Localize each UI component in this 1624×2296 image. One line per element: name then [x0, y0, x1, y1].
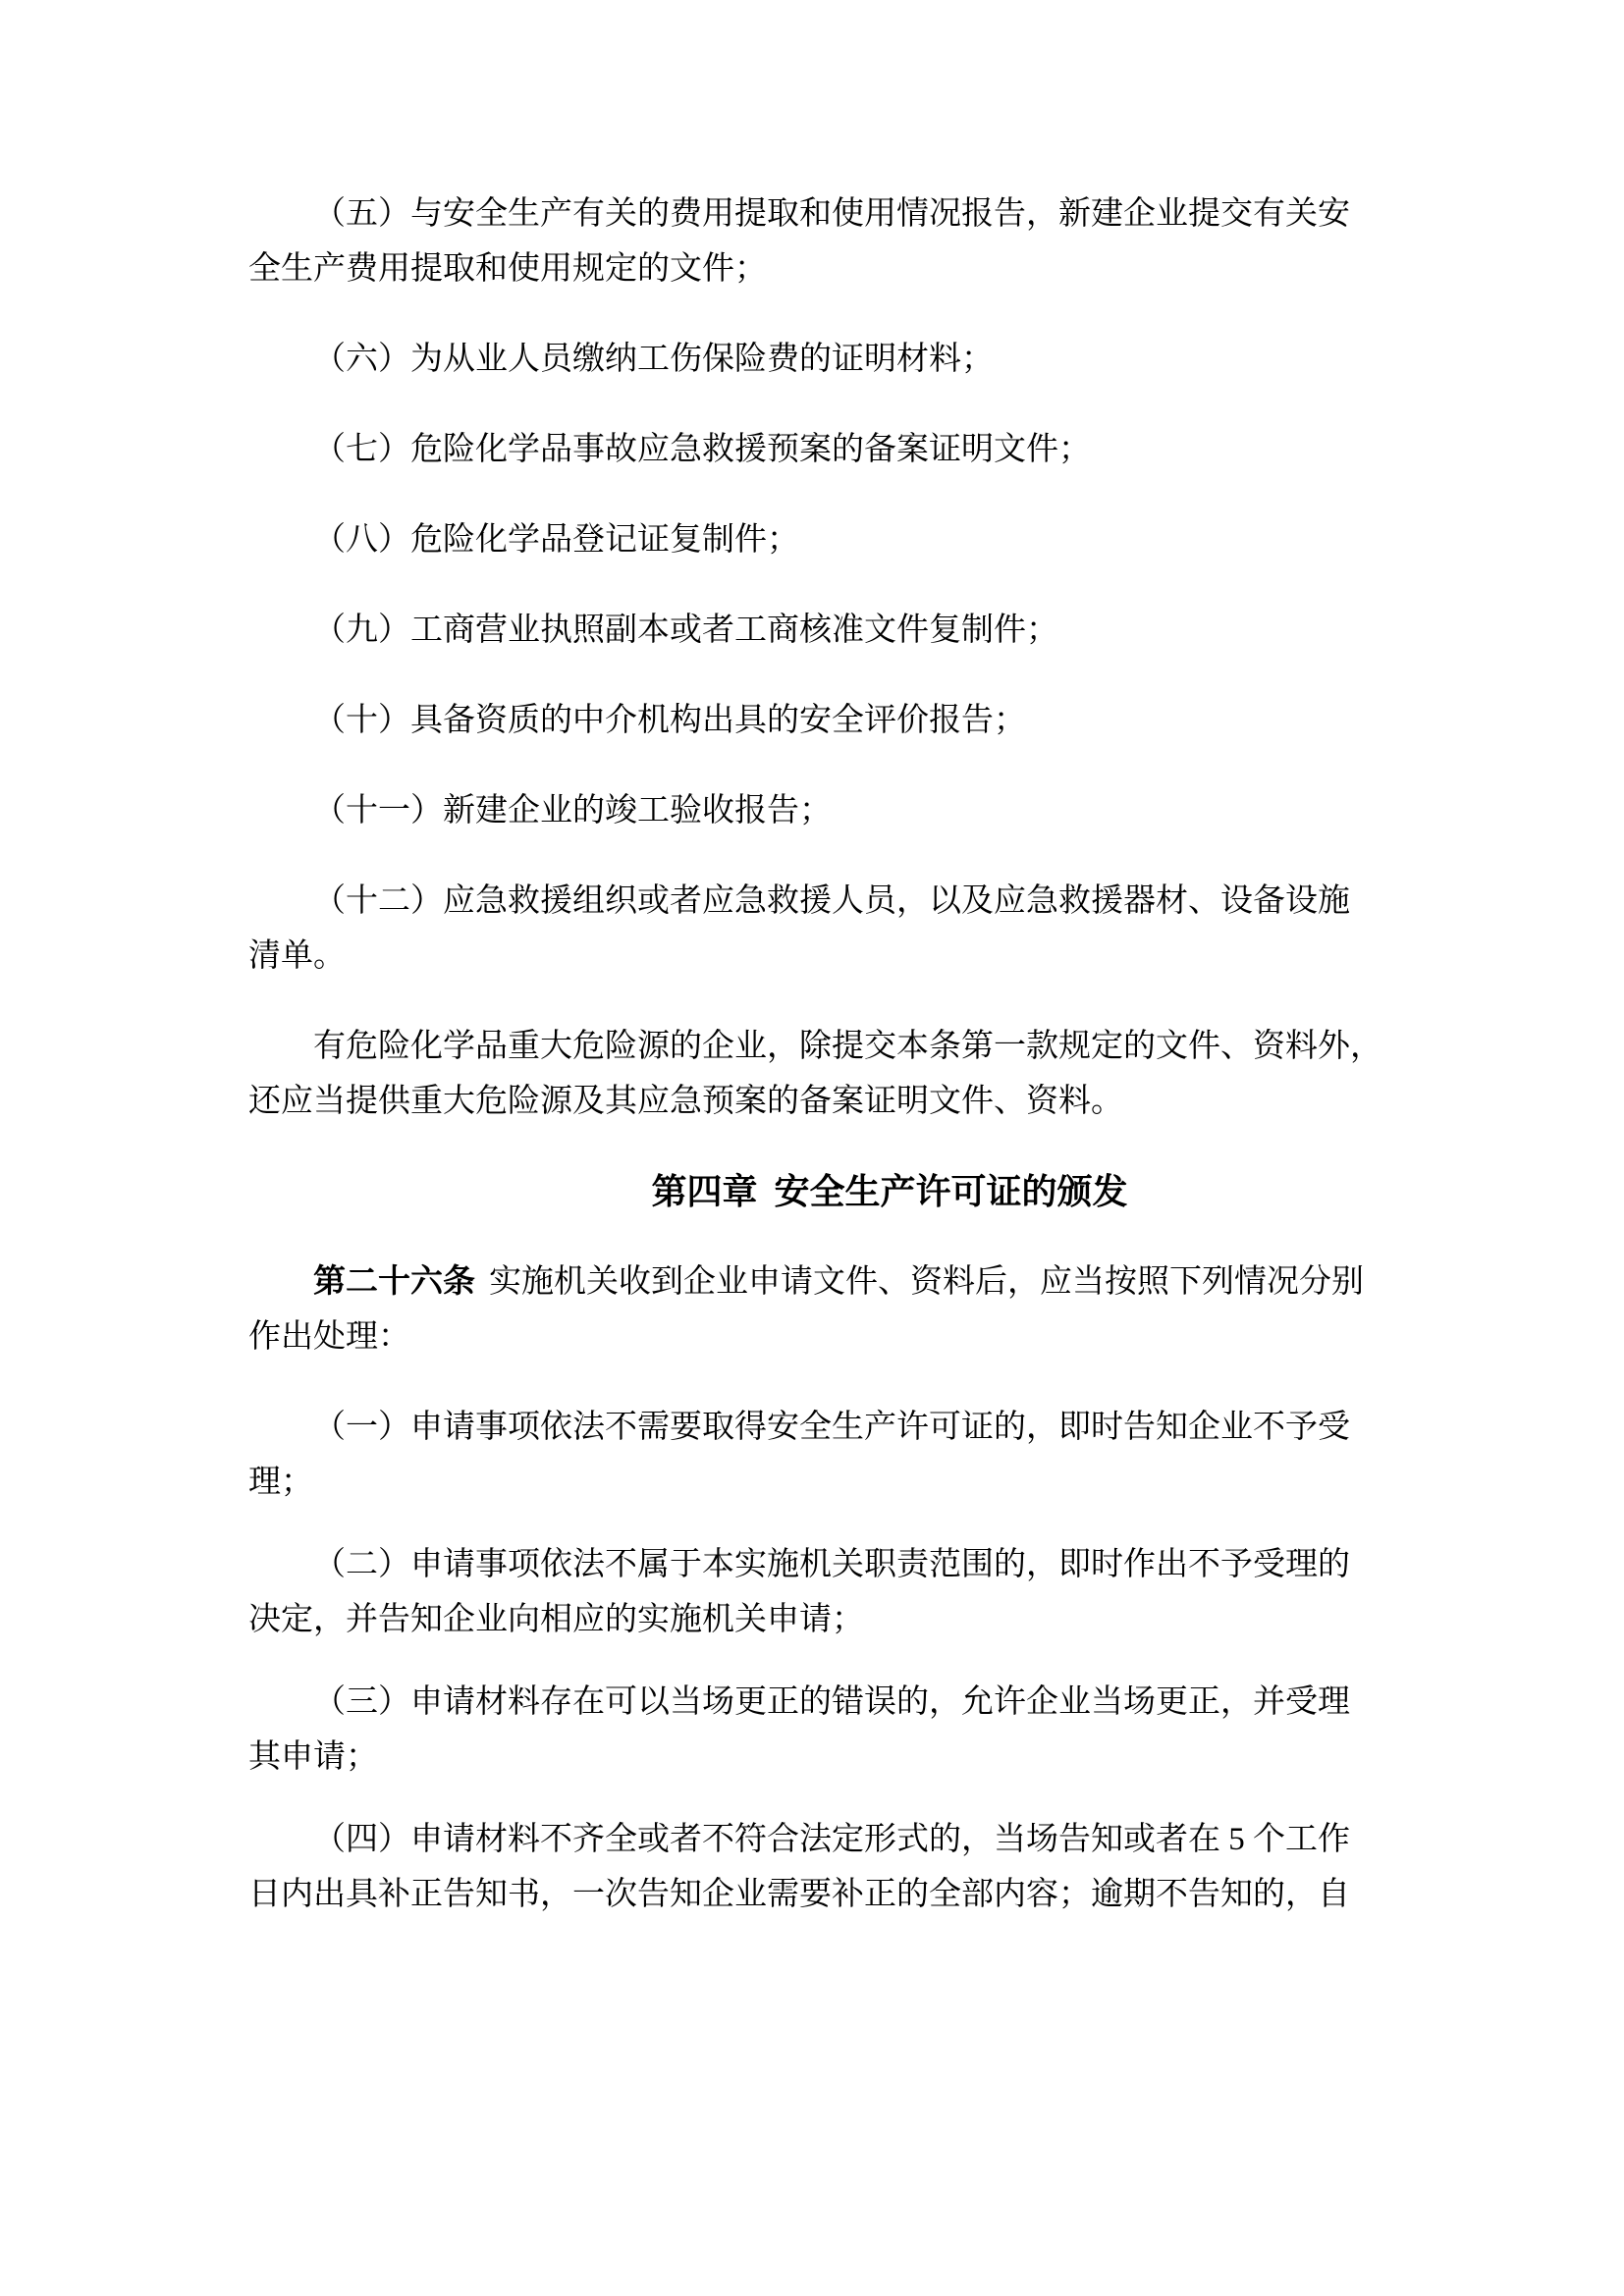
clause-paragraph-2: （二）申请事项依法不属于本实施机关职责范围的，即时作出不予受理的 决定，并告知企…: [248, 1537, 1466, 1647]
article-26-paragraph: 第二十六条实施机关收到企业申请文件、资料后，应当按照下列情况分别 作出处理：: [248, 1255, 1466, 1364]
body-paragraph-item-5: （五）与安全生产有关的费用提取和使用情况报告，新建企业提交有关安 全生产费用提取…: [248, 187, 1466, 296]
body-paragraph-item-9: （九）工商营业执照副本或者工商核准文件复制件；: [248, 603, 1466, 658]
clause-paragraph-4: （四）申请材料不齐全或者不符合法定形式的，当场告知或者在 5 个工作 日内出具补…: [248, 1812, 1466, 1922]
body-paragraph-major-hazard: 有危险化学品重大危险源的企业，除提交本条第一款规定的文件、资料外， 还应当提供重…: [248, 1019, 1466, 1129]
body-paragraph-item-10: （十）具备资质的中介机构出具的安全评价报告；: [248, 693, 1466, 748]
body-paragraph-item-8: （八）危险化学品登记证复制件；: [248, 512, 1466, 567]
clause-paragraph-1: （一）申请事项依法不需要取得安全生产许可证的，即时告知企业不予受 理；: [248, 1400, 1466, 1510]
body-paragraph-item-6: （六）为从业人员缴纳工伤保险费的证明材料；: [248, 332, 1466, 387]
body-paragraph-item-12: （十二）应急救援组织或者应急救援人员，以及应急救援器材、设备设施 清单。: [248, 874, 1466, 984]
body-paragraph-item-11: （十一）新建企业的竣工验收报告；: [248, 783, 1466, 838]
chapter-heading: 第四章 安全生产许可证的颁发: [248, 1164, 1466, 1219]
body-paragraph-item-7: （七）危险化学品事故应急救援预案的备案证明文件；: [248, 422, 1466, 477]
clause-paragraph-3: （三）申请材料存在可以当场更正的错误的，允许企业当场更正，并受理 其申请；: [248, 1675, 1466, 1785]
document-page: （五）与安全生产有关的费用提取和使用情况报告，新建企业提交有关安 全生产费用提取…: [0, 0, 1624, 2296]
article-26-number: 第二十六条: [313, 1264, 475, 1300]
document-body: （五）与安全生产有关的费用提取和使用情况报告，新建企业提交有关安 全生产费用提取…: [248, 187, 1466, 1949]
